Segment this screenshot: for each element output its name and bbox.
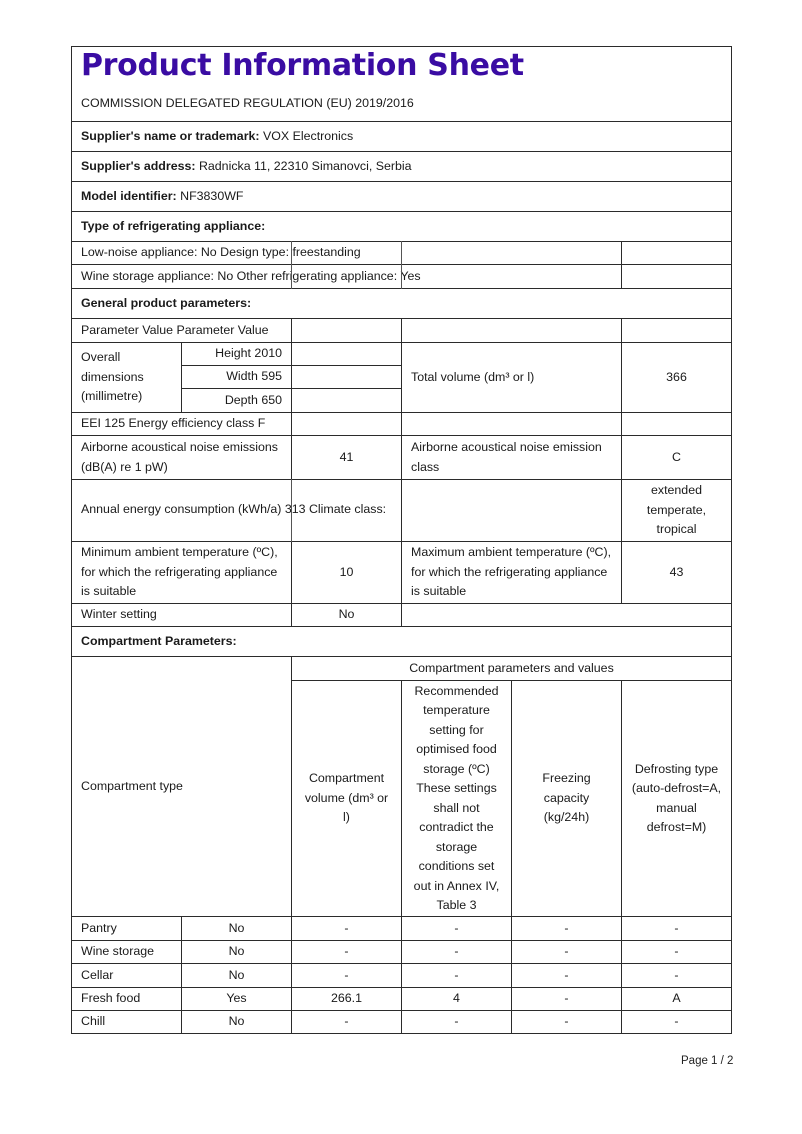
compartment-temp-cell: 4	[401, 987, 512, 1011]
min-temp-value: 10	[291, 541, 402, 604]
supplier-name-row: Supplier's name or trademark: VOX Electr…	[71, 121, 732, 152]
compartment-freezing-cell: -	[511, 963, 622, 988]
compartment-present-cell: No	[181, 940, 292, 964]
climate-class-text: extended temperate, tropical	[639, 481, 715, 540]
winter-setting-empty	[401, 603, 732, 627]
appliance-type-row1-c4	[621, 241, 732, 265]
annual-energy-row-text: Annual energy consumption (kWh/a) 313 Cl…	[81, 500, 386, 520]
compartment-defrost-cell: -	[621, 963, 732, 988]
compartment-temp-cell: -	[401, 940, 512, 964]
general-header-row: Parameter Value Parameter Value	[71, 318, 292, 343]
general-parameters-heading: General product parameters:	[71, 288, 732, 319]
compartment-volume-cell: -	[291, 963, 402, 988]
compartment-type-cell: Wine storage	[71, 940, 182, 964]
compartment-defrost-cell: -	[621, 916, 732, 941]
column-header-volume: Compartment volume (dm³ or l)	[291, 680, 402, 917]
supplier-address-row: Supplier's address: Radnicka 11, 22310 S…	[71, 151, 732, 182]
compartment-volume-cell: -	[291, 940, 402, 964]
eei-row: EEI 125 Energy efficiency class F	[71, 412, 292, 436]
compartment-temp-cell: -	[401, 1010, 512, 1034]
compartment-type-cell: Cellar	[71, 963, 182, 988]
compartment-present-cell: No	[181, 916, 292, 941]
appliance-type-row2-c3	[401, 264, 622, 289]
winter-setting-value: No	[291, 603, 402, 627]
height-empty	[291, 342, 402, 366]
supplier-name-label: Supplier's name or trademark:	[81, 129, 260, 143]
depth-value: Depth 650	[181, 388, 292, 413]
compartment-defrost-cell: -	[621, 1010, 732, 1034]
page-title: Product Information Sheet	[81, 48, 524, 83]
compartment-freezing-cell: -	[511, 940, 622, 964]
compartment-parameters-heading: Compartment Parameters:	[71, 626, 732, 657]
compartment-temp-cell: -	[401, 916, 512, 941]
compartment-volume-cell: -	[291, 916, 402, 941]
column-header-temperature: Recommended temperature setting for opti…	[401, 680, 512, 917]
width-empty	[291, 365, 402, 389]
model-identifier-value: NF3830WF	[177, 189, 244, 203]
annual-energy-c3	[401, 479, 622, 542]
supplier-address-label: Supplier's address:	[81, 159, 196, 173]
column-header-freezing: Freezing capacity (kg/24h)	[511, 680, 622, 917]
col-divider	[291, 479, 292, 542]
compartment-temp-cell: -	[401, 963, 512, 988]
min-temp-label: Minimum ambient temperature (ºC), for wh…	[71, 541, 292, 604]
compartment-defrost-cell: A	[621, 987, 732, 1011]
compartment-type-cell: Fresh food	[71, 987, 182, 1011]
col-divider	[291, 241, 292, 289]
compartment-freezing-cell: -	[511, 916, 622, 941]
compartment-type-header: Compartment type	[71, 656, 292, 917]
compartment-group-header: Compartment parameters and values	[291, 656, 732, 681]
appliance-type-row1-c3	[401, 241, 622, 265]
compartment-volume-cell: 266.1	[291, 987, 402, 1011]
appliance-type-row2-text: Wine storage appliance: No Other refrige…	[81, 267, 421, 287]
model-identifier-row: Model identifier: NF3830WF	[71, 181, 732, 212]
column-header-temperature-text: Recommended temperature setting for opti…	[411, 682, 502, 916]
eei-c4	[621, 412, 732, 436]
total-volume-value: 366	[621, 342, 732, 413]
compartment-type-cell: Pantry	[71, 916, 182, 941]
compartment-present-cell: No	[181, 963, 292, 988]
supplier-name-value: VOX Electronics	[260, 129, 354, 143]
total-volume-label: Total volume (dm³ or l)	[401, 342, 622, 413]
product-information-sheet: Product Information Sheet COMMISSION DEL…	[0, 0, 802, 1134]
overall-dimensions-label: Overall dimensions (millimetre)	[71, 342, 182, 413]
general-header-c3	[401, 318, 622, 343]
compartment-freezing-cell: -	[511, 1010, 622, 1034]
column-header-volume-text: Compartment volume (dm³ or l)	[305, 769, 389, 828]
compartment-volume-cell: -	[291, 1010, 402, 1034]
compartment-present-cell: Yes	[181, 987, 292, 1011]
noise-emissions-value: 41	[291, 435, 402, 480]
compartment-present-cell: No	[181, 1010, 292, 1034]
compartment-type-cell: Chill	[71, 1010, 182, 1034]
column-header-defrost: Defrosting type (auto-defrost=A, manual …	[621, 680, 732, 917]
width-value: Width 595	[181, 365, 292, 389]
appliance-type-heading: Type of refrigerating appliance:	[71, 211, 732, 242]
page-number: Page 1 / 2	[681, 1055, 733, 1067]
column-header-defrost-text: Defrosting type (auto-defrost=A, manual …	[631, 760, 722, 838]
max-temp-value: 43	[621, 541, 732, 604]
depth-empty	[291, 388, 402, 413]
column-header-freezing-text: Freezing capacity (kg/24h)	[537, 769, 597, 828]
appliance-type-row1-text: Low-noise appliance: No Design type: fre…	[81, 243, 361, 263]
overall-dimensions-text: Overall dimensions (millimetre)	[81, 348, 161, 407]
noise-class-label: Airborne acoustical noise emission class	[401, 435, 622, 480]
general-header-c2	[291, 318, 402, 343]
regulation-subtitle: COMMISSION DELEGATED REGULATION (EU) 201…	[81, 96, 414, 110]
supplier-address-value: Radnicka 11, 22310 Simanovci, Serbia	[196, 159, 412, 173]
model-identifier-label: Model identifier:	[81, 189, 177, 203]
general-header-c4	[621, 318, 732, 343]
height-value: Height 2010	[181, 342, 292, 366]
eei-c2	[291, 412, 402, 436]
appliance-type-row2-c4	[621, 264, 732, 289]
compartment-freezing-cell: -	[511, 987, 622, 1011]
eei-c3	[401, 412, 622, 436]
climate-class-value: extended temperate, tropical	[621, 479, 732, 542]
noise-emissions-label: Airborne acoustical noise emissions (dB(…	[71, 435, 292, 480]
max-temp-label: Maximum ambient temperature (ºC), for wh…	[401, 541, 622, 604]
compartment-defrost-cell: -	[621, 940, 732, 964]
col-divider	[401, 241, 402, 289]
winter-setting-label: Winter setting	[71, 603, 292, 627]
noise-class-value: C	[621, 435, 732, 480]
